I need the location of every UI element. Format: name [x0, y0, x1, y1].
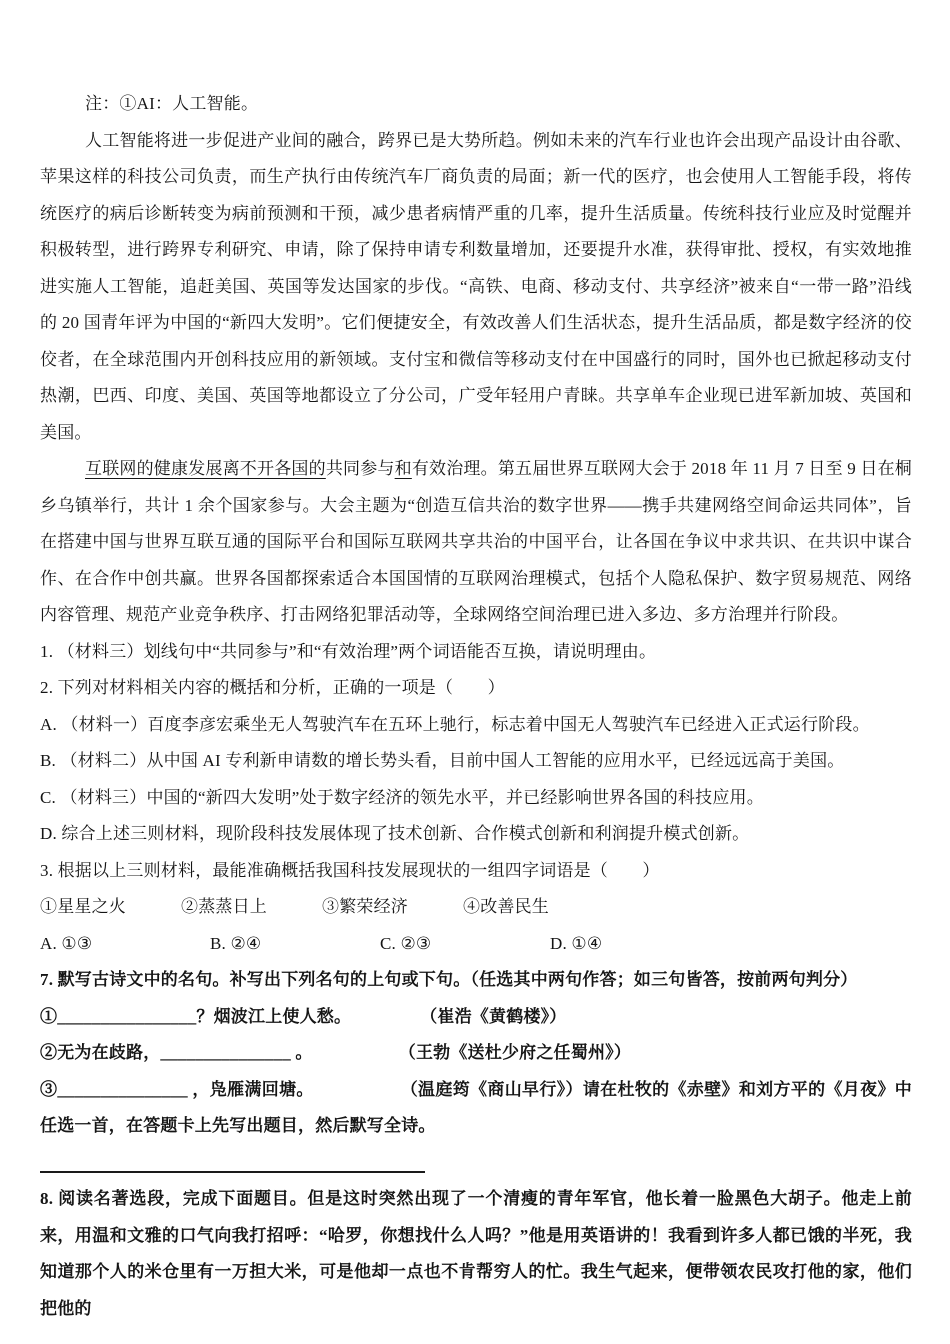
question-1: 1. （材料三）划线句中“共同参与”和“有效治理”两个词语能否互换，请说明理由。: [40, 634, 912, 671]
document-body: 注：①AI：人工智能。人工智能将进一步促进产业间的融合，跨界已是大势所趋。例如未…: [40, 86, 912, 1327]
underlined-text: 互联网的健康发展离不开各国的: [85, 459, 326, 478]
ai-industry-paragraph: 人工智能将进一步促进产业间的融合，跨界已是大势所趋。例如未来的汽车行业也许会出现…: [40, 123, 912, 452]
row-item: C. ②③: [380, 926, 550, 963]
question-2-option-b: B. （材料二）从中国 AI 专利新申请数的增长势头看，目前中国人工智能的应用水…: [40, 743, 912, 780]
text-segment: C. （材料三）中国的“新四大发明”处于数字经济的领先水平，并已经影响世界各国的…: [40, 788, 764, 807]
row-item: ②蒸蒸日上: [181, 889, 322, 926]
text-segment: 1. （材料三）划线句中“共同参与”和“有效治理”两个词语能否互换，请说明理由。: [40, 642, 656, 661]
row-item: A. ①③: [40, 926, 210, 963]
question-3: 3. 根据以上三则材料，最能准确概括我国科技发展现状的一组四字词语是（ ）: [40, 853, 912, 890]
text-segment: ②无为在歧路，_______________ 。 （王勃《送杜少府之任蜀州》）: [40, 1043, 631, 1062]
text-segment: 8. 阅读名著选段，完成下面题目。但是这时突然出现了一个清瘦的青年军官，他长着一…: [40, 1189, 912, 1318]
text-segment: 共同参与: [326, 459, 395, 478]
text-segment: D. 综合上述三则材料，现阶段科技发展体现了技术创新、合作模式创新和利润提升模式…: [40, 824, 749, 843]
text-segment: 注：①AI：人工智能。: [85, 94, 258, 113]
text-segment: A. （材料一）百度李彦宏乘坐无人驾驶汽车在五环上驰行，标志着中国无人驾驶汽车已…: [40, 715, 870, 734]
blank-answer-line: [40, 1145, 425, 1173]
text-segment: 2. 下列对材料相关内容的概括和分析，正确的一项是（ ）: [40, 678, 505, 697]
question-2-option-d: D. 综合上述三则材料，现阶段科技发展体现了技术创新、合作模式创新和利润提升模式…: [40, 816, 912, 853]
row-item: ④改善民生: [463, 889, 549, 926]
row-item: ①星星之火: [40, 889, 181, 926]
note-line: 注：①AI：人工智能。: [40, 86, 912, 123]
question-2-option-c: C. （材料三）中国的“新四大发明”处于数字经济的领先水平，并已经影响世界各国的…: [40, 780, 912, 817]
question-7-blank-3: ③_______________ ，凫雁满回塘。 （温庭筠《商山早行》）请在杜牧…: [40, 1072, 912, 1145]
text-segment: 人工智能将进一步促进产业间的融合，跨界已是大势所趋。例如未来的汽车行业也许会出现…: [40, 131, 912, 442]
question-7-blank-1: ①________________？烟波江上使人愁。 （崔浩《黄鹤楼》）: [40, 999, 912, 1036]
text-segment: 3. 根据以上三则材料，最能准确概括我国科技发展现状的一组四字词语是（ ）: [40, 861, 660, 880]
text-segment: ③_______________ ，凫雁满回塘。 （温庭筠《商山早行》）请在杜牧…: [40, 1080, 912, 1136]
question-2-option-a: A. （材料一）百度李彦宏乘坐无人驾驶汽车在五环上驰行，标志着中国无人驾驶汽车已…: [40, 707, 912, 744]
row-item: B. ②④: [210, 926, 380, 963]
question-7: 7. 默写古诗文中的名句。补写出下列名句的上句或下句。（任选其中两句作答；如三句…: [40, 962, 912, 999]
text-segment: B. （材料二）从中国 AI 专利新申请数的增长势头看，目前中国人工智能的应用水…: [40, 751, 844, 770]
exam-document: 注：①AI：人工智能。人工智能将进一步促进产业间的融合，跨界已是大势所趋。例如未…: [0, 0, 950, 1344]
question-8-passage: 8. 阅读名著选段，完成下面题目。但是这时突然出现了一个清瘦的青年军官，他长着一…: [40, 1181, 912, 1327]
text-segment: 有效治理。第五届世界互联网大会于 2018 年 11 月 7 日至 9 日在桐乡…: [40, 459, 912, 624]
question-3-tags-row: ①星星之火②蒸蒸日上③繁荣经济④改善民生: [40, 889, 912, 926]
question-2: 2. 下列对材料相关内容的概括和分析，正确的一项是（ ）: [40, 670, 912, 707]
question-7-blank-2: ②无为在歧路，_______________ 。 （王勃《送杜少府之任蜀州》）: [40, 1035, 912, 1072]
text-segment: ①________________？烟波江上使人愁。 （崔浩《黄鹤楼》）: [40, 1007, 567, 1026]
row-item: D. ①④: [550, 926, 602, 963]
question-3-answer-row: A. ①③B. ②④C. ②③D. ①④: [40, 926, 912, 963]
internet-governance-paragraph: 互联网的健康发展离不开各国的共同参与和有效治理。第五届世界互联网大会于 2018…: [40, 451, 912, 634]
underlined-text: 和: [395, 459, 412, 478]
text-segment: 7. 默写古诗文中的名句。补写出下列名句的上句或下句。（任选其中两句作答；如三句…: [40, 970, 858, 989]
row-item: ③繁荣经济: [322, 889, 463, 926]
